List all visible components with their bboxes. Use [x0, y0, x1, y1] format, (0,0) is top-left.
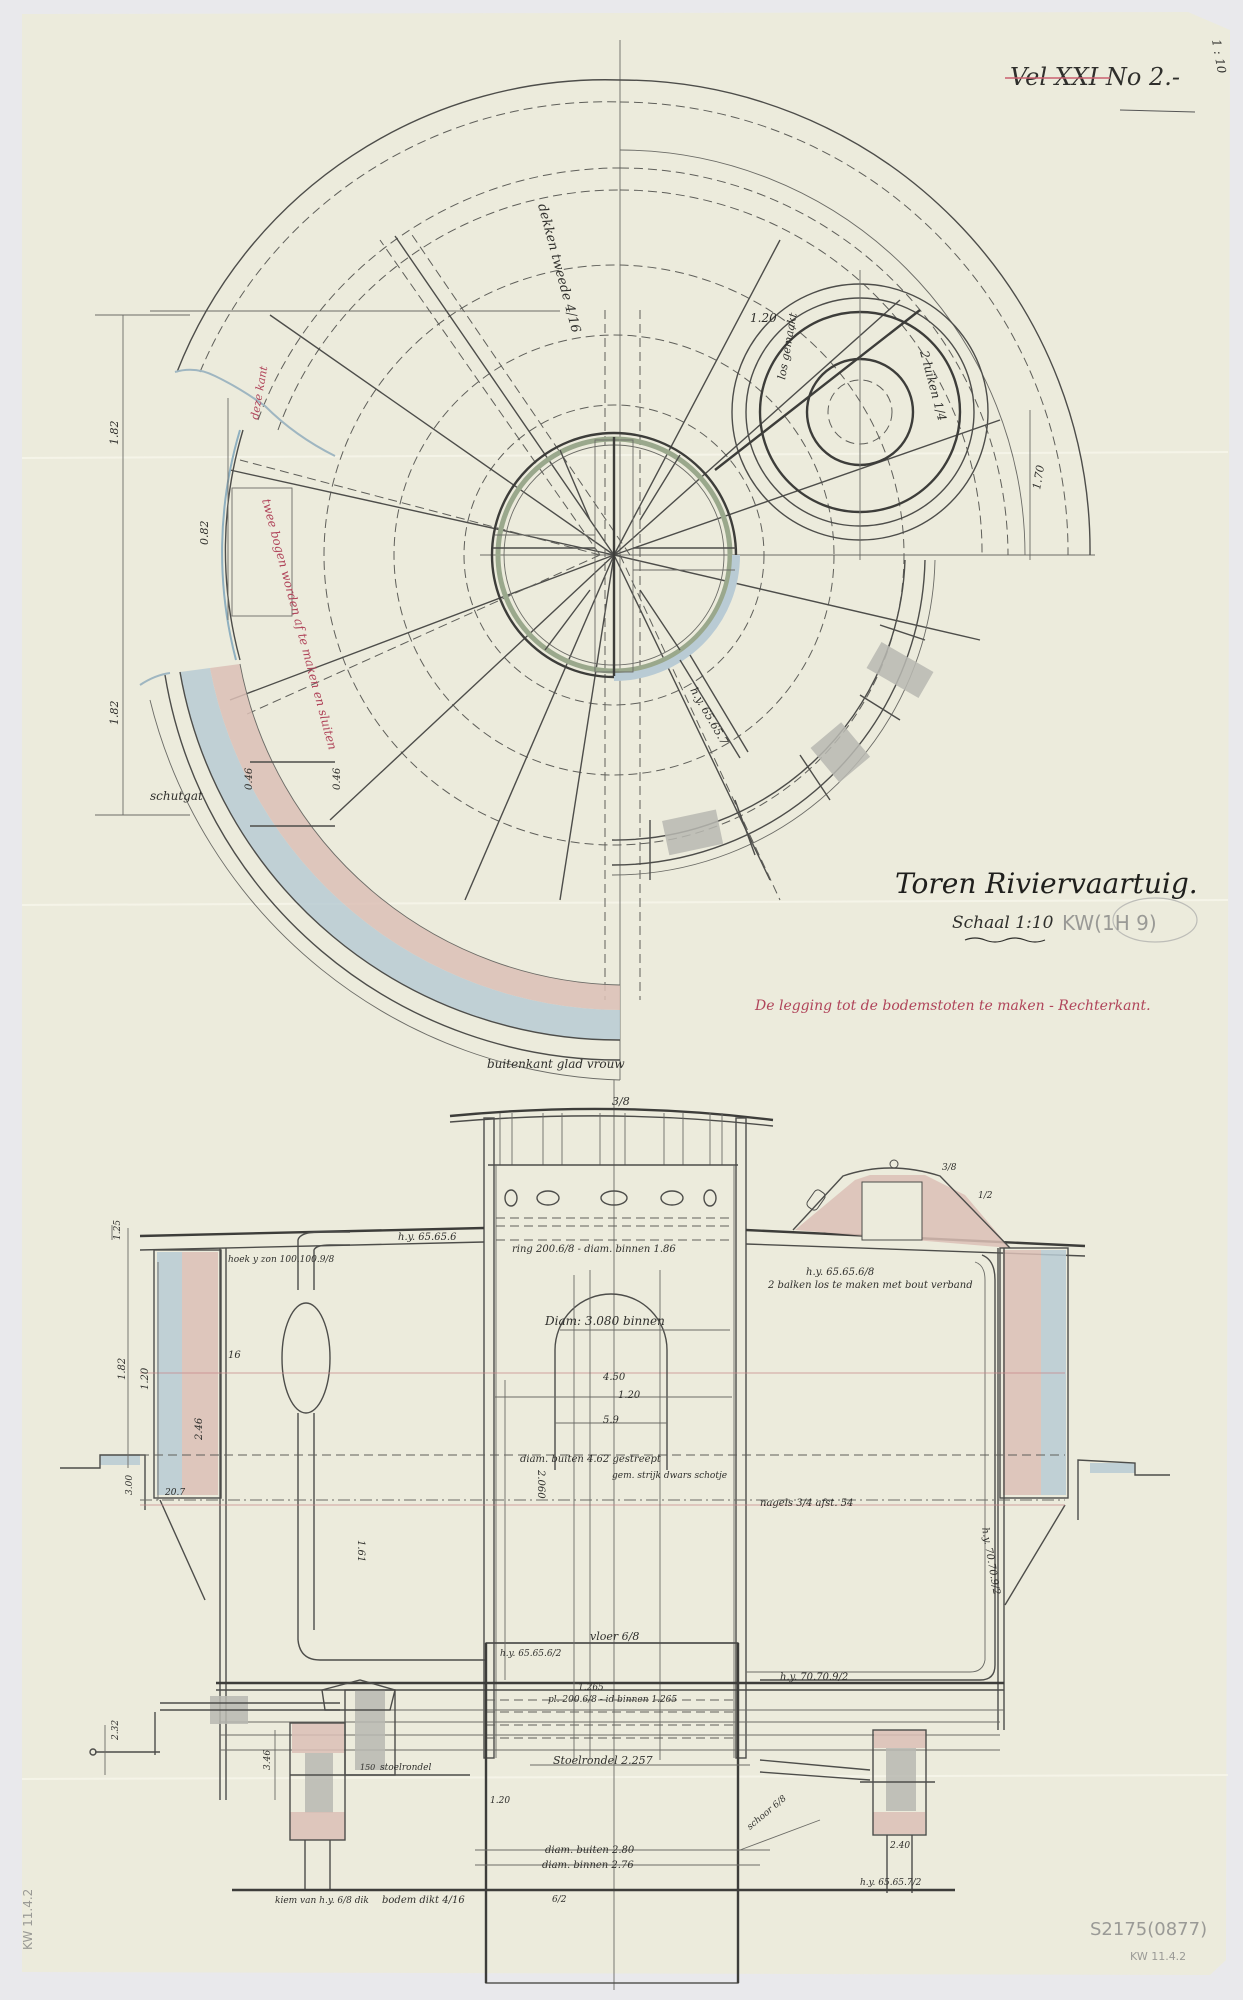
label-dim-16: 16: [228, 1350, 241, 1361]
label-floor: vloer 6/8: [590, 1630, 639, 1643]
label-lower-angle: h.y. 65.65.6/2: [500, 1649, 562, 1659]
label-dim-182: 1.82: [117, 1358, 128, 1380]
label-outer-edge: buitenkant glad vrouw: [487, 1057, 625, 1071]
label-kiel: kiem van h.y. 6/8 dik: [275, 1896, 369, 1906]
label-dim-2060: 2.060: [535, 1469, 546, 1499]
label-center-diam: Diam: 3.080 binnen: [544, 1314, 665, 1328]
sheet-number: Vel XXI No 2.-: [1010, 63, 1180, 91]
label-arch-w1: 4.50: [602, 1372, 626, 1383]
label-beam-angle: h.y. 65.65.6/8: [806, 1267, 874, 1278]
red-note: De legging tot de bodemstoten te maken -…: [754, 998, 1151, 1014]
label-bottom-angle: h.y. 70.70.9/2: [780, 1672, 848, 1683]
label-cap-dim: 3/8: [612, 1095, 630, 1108]
pencil-archive-mark: KW(1H 9): [1062, 911, 1157, 935]
label-line-note-1: diam. buiten 4.62 gestreept: [520, 1454, 662, 1465]
label-arch-w2: 1.20: [618, 1390, 641, 1401]
label-roof-angle: h.y. 65.65.6: [398, 1232, 457, 1243]
label-arch-w3: 5.9: [603, 1415, 620, 1426]
left-margin-code: KW 11.4.2: [21, 1889, 35, 1950]
label-dim-232: 2.32: [111, 1720, 121, 1741]
label-dim-a: 0.46: [244, 767, 255, 790]
label-dim-300: 3.00: [125, 1475, 135, 1495]
label-gear: stoelrondel: [380, 1763, 431, 1773]
label-dim-b: 0.46: [332, 767, 343, 790]
label-dim-120: 1.20: [750, 311, 777, 325]
paper-sheet: [22, 12, 1230, 1975]
label-dim-1265: 1.265: [578, 1683, 604, 1693]
label-bottom-120: 1.20: [490, 1796, 510, 1806]
label-plate: pl. 200.6/8 - id binnen 1.265: [548, 1695, 677, 1705]
label-dim-246: 2.46: [194, 1417, 205, 1441]
label-dim-left-bottom: 1.82: [108, 701, 121, 726]
label-dim-62: 6/2: [552, 1895, 567, 1905]
label-schutgat: schutgat: [150, 789, 203, 803]
label-diam-in: diam. binnen 2.76: [542, 1860, 634, 1871]
drawing-scale: Schaal 1:10: [952, 913, 1054, 933]
label-bottom-plate: bodem dikt 4/16: [382, 1895, 465, 1906]
drawing-title: Toren Riviervaartuig.: [895, 867, 1198, 900]
label-dim-125: 1.25: [113, 1220, 123, 1240]
label-dim-207: 20.7: [164, 1488, 185, 1498]
technical-drawing-sheet: dekken tweede 4/16 1.20 2 luiken 1/4 los…: [0, 0, 1243, 2000]
label-foot-angle: h.y. 65.65.7/2: [860, 1878, 922, 1888]
label-dim-left-mid: 0.82: [198, 521, 211, 546]
label-line-note-2: gem. strijk dwars schotje: [612, 1471, 727, 1481]
label-dim-161: 1.61: [355, 1540, 366, 1562]
archive-code: KW 11.4.2: [1130, 1950, 1186, 1963]
label-kingpin: Stoelrondel 2.257: [553, 1754, 653, 1767]
label-diam-out: diam. buiten 2.80: [545, 1845, 635, 1856]
label-ring: ring 200.6/8 - diam. binnen 1.86: [512, 1244, 676, 1255]
label-dim-346: 3.46: [263, 1750, 273, 1770]
label-beams: 2 balken los te maken met bout verband: [767, 1280, 973, 1291]
label-rivet: nagels 3/4 afst. 54: [760, 1498, 853, 1509]
label-foot-dim: 2.40: [889, 1841, 910, 1851]
archive-number: S2175(0877): [1090, 1919, 1207, 1940]
label-gear-dim: 150: [360, 1763, 375, 1772]
label-bracket: hoek y zon 100.100.9/8: [228, 1255, 334, 1265]
label-dim-120: 1.20: [140, 1367, 151, 1390]
label-dim-left-top: 1.82: [108, 421, 121, 446]
label-roof-2: 1/2: [978, 1191, 993, 1201]
label-roof-1: 3/8: [942, 1163, 957, 1173]
